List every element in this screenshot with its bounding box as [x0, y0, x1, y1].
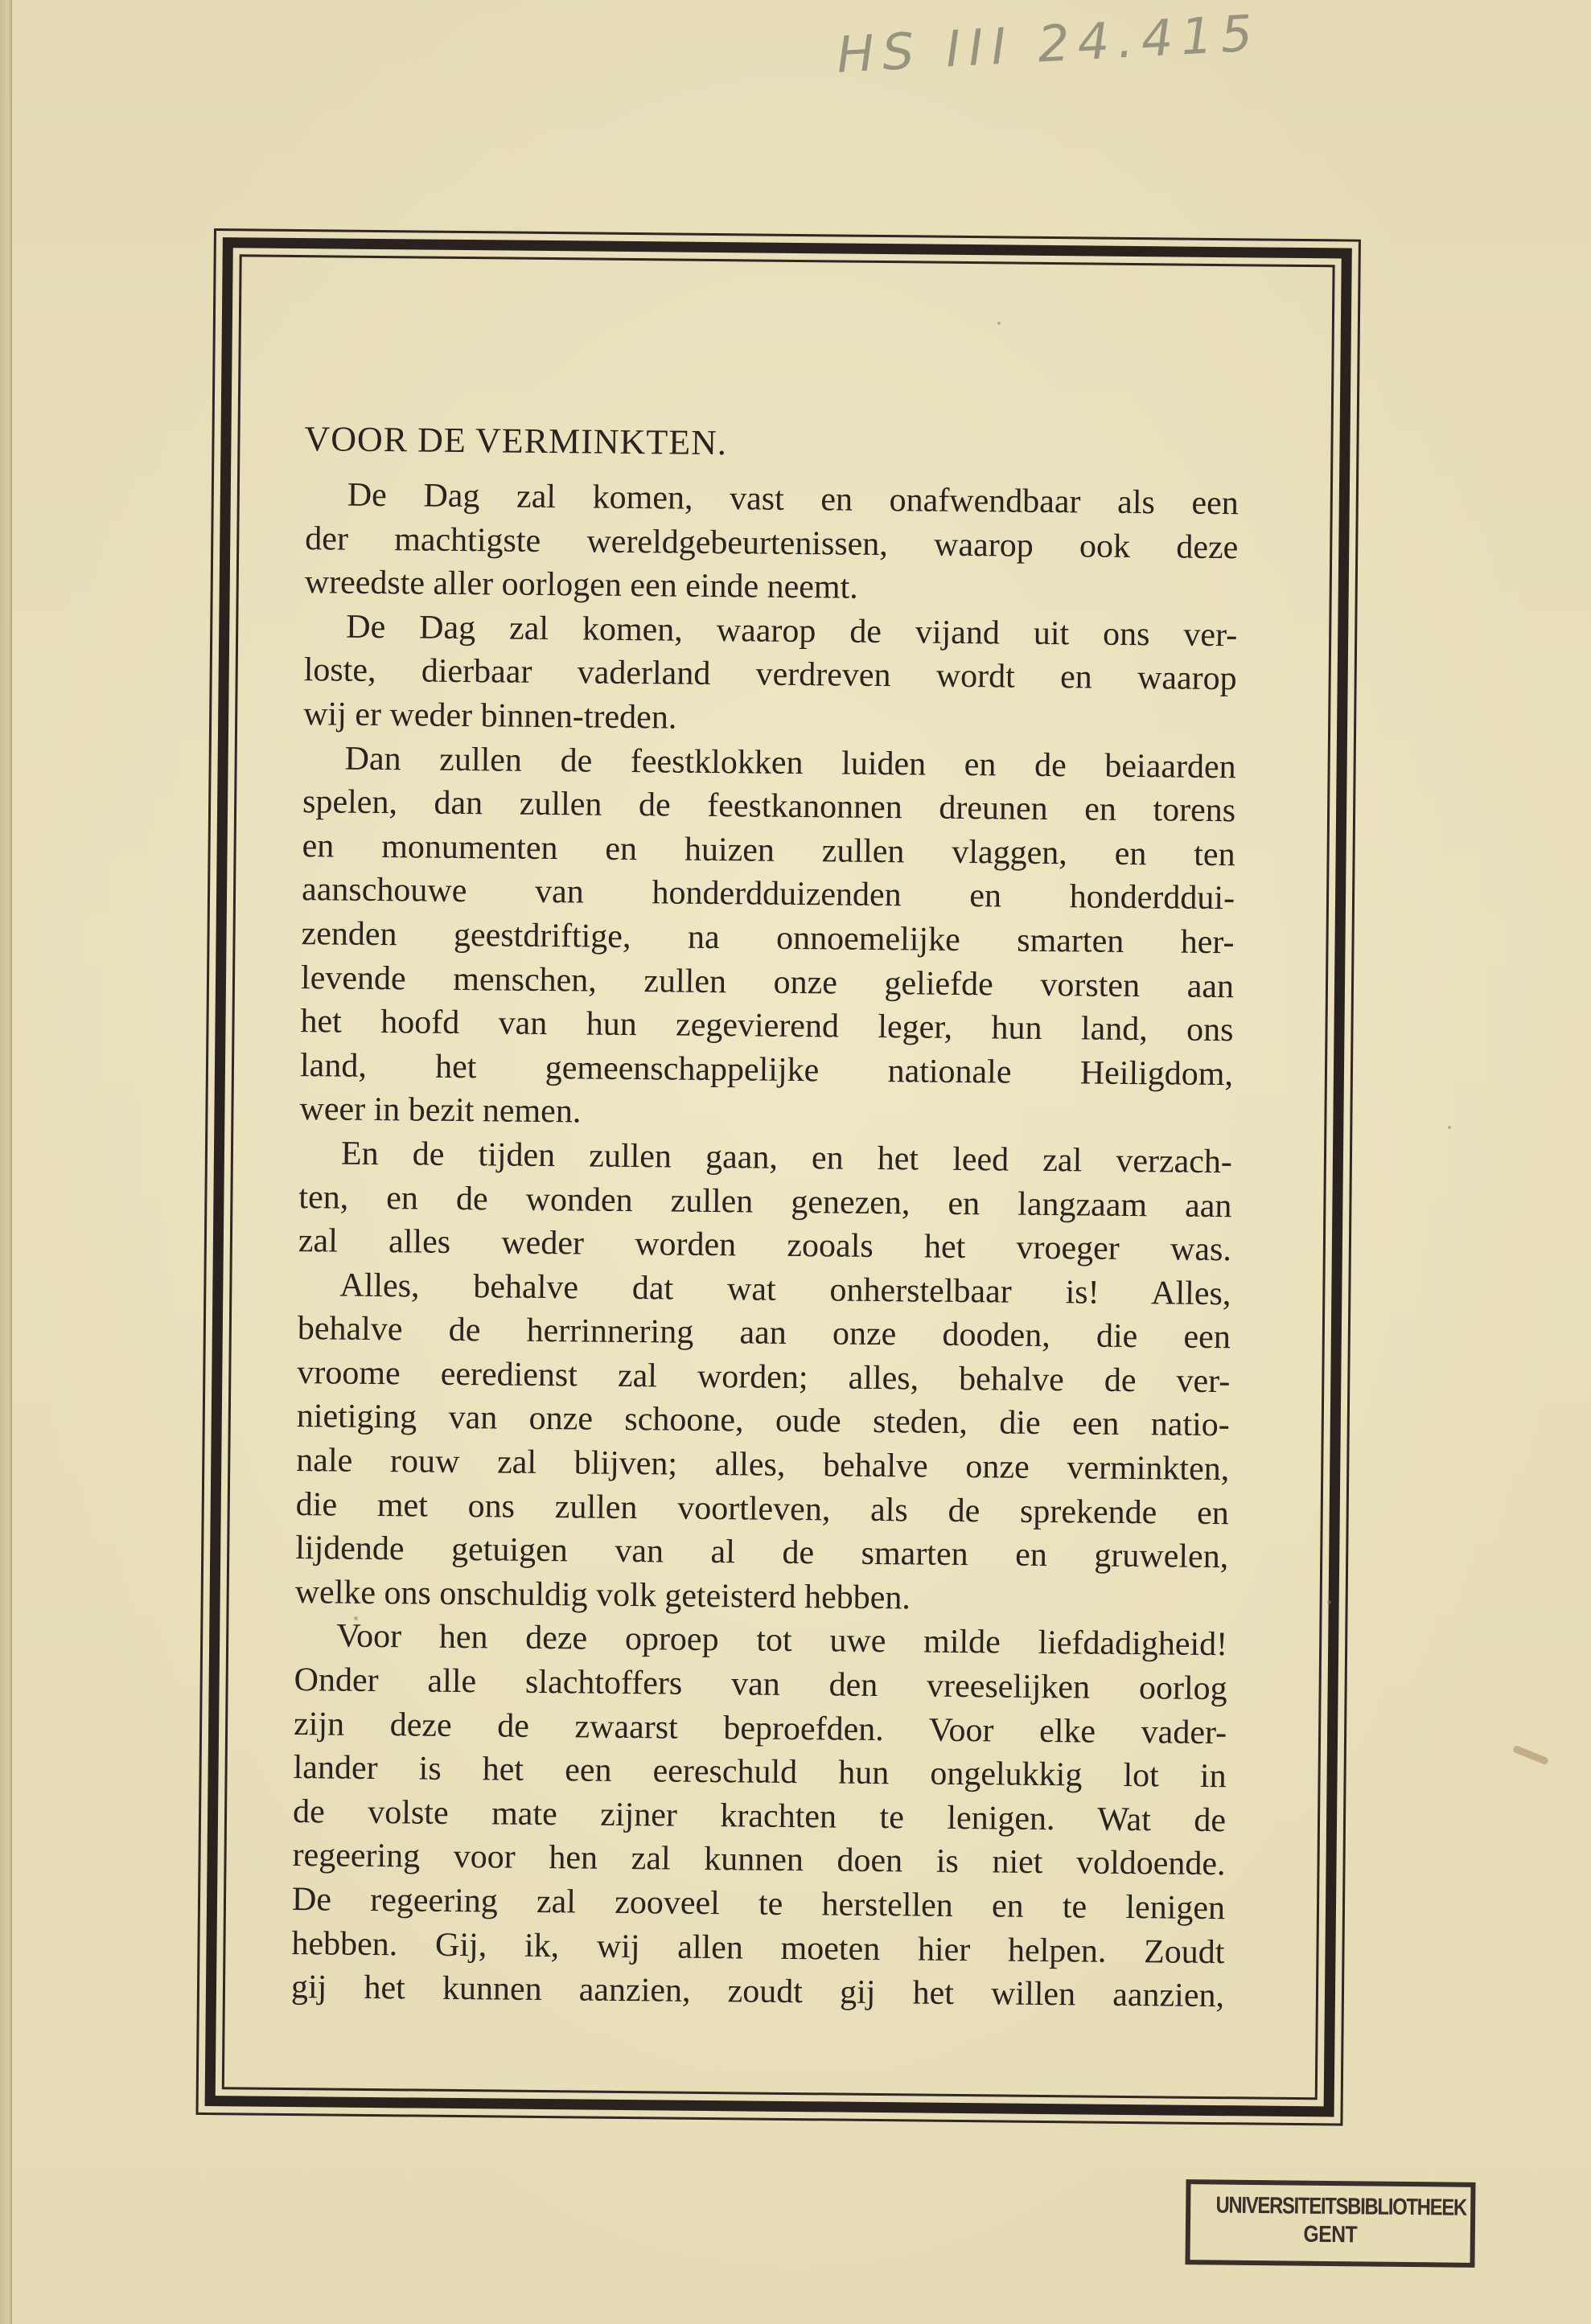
body-text: De Dag zal komen, vast en onafwendbaar a…: [277, 473, 1268, 2018]
mourning-border-frame: VOOR DE VERMINKTEN. De Dag zal komen, va…: [195, 228, 1360, 2126]
stamp-city: GENT: [1211, 2220, 1449, 2249]
library-stamp: UNIVERSITEITSBIBLIOTHEEK GENT: [1185, 2179, 1475, 2268]
paper-speck: [997, 322, 1001, 325]
text-line: gij het kunnen aanzien, zoudt gij het wi…: [291, 1965, 1224, 2018]
document-title: VOOR DE VERMINKTEN.: [304, 417, 1268, 470]
paper-speck: [354, 1616, 358, 1620]
paper-speck: [1448, 1126, 1451, 1129]
stamp-institution: UNIVERSITEITSBIBLIOTHEEK: [1215, 2193, 1445, 2222]
text-block: VOOR DE VERMINKTEN. De Dag zal komen, va…: [277, 417, 1268, 2018]
binding-edge: [0, 0, 12, 2324]
paper-speck: [1327, 1600, 1331, 1604]
